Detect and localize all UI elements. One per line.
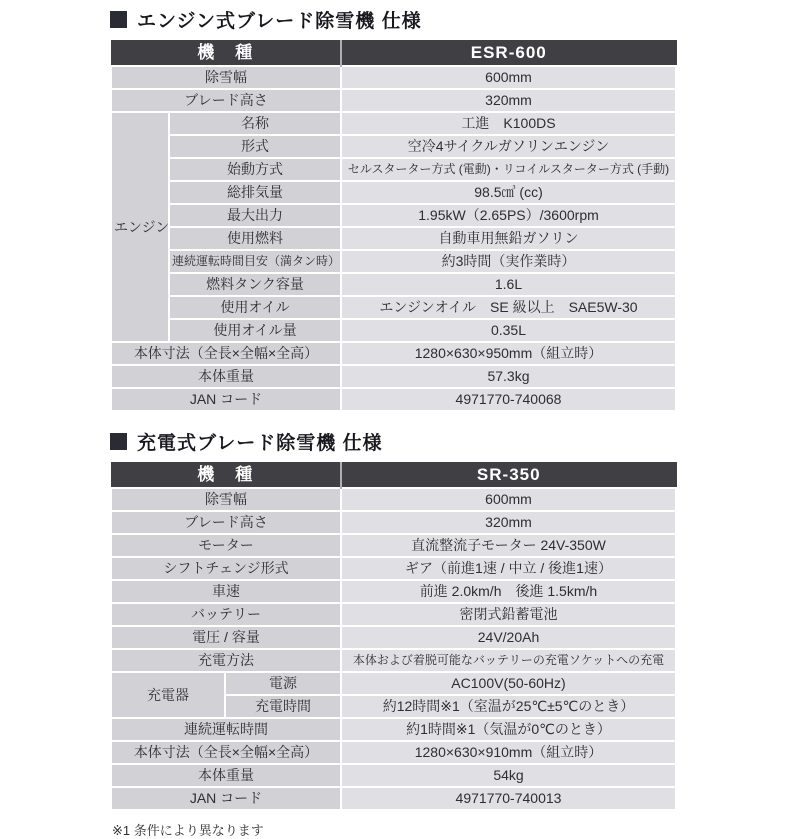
spec-row: 最大出力 1.95kW（2.65PS）/3600rpm: [111, 204, 676, 227]
row-label: 充電方法: [111, 649, 341, 672]
row-value: 約1時間※1（気温が0℃のとき）: [341, 718, 676, 741]
row-label: 名称: [169, 112, 341, 135]
row-label: 本体重量: [111, 365, 341, 388]
row-value: 98.5㎤ (cc): [341, 181, 676, 204]
row-label: 充電時間: [225, 695, 341, 718]
row-value: 24V/20Ah: [341, 626, 676, 649]
row-value: 1280×630×910mm（組立時）: [341, 741, 676, 764]
footnote-text: ※1 条件により異なります: [112, 820, 765, 839]
row-value: ギア（前進1速 / 中立 / 後進1速）: [341, 557, 676, 580]
header-model-cell: SR-350: [341, 463, 676, 489]
spec-row: 連続運転時間 約1時間※1（気温が0℃のとき）: [111, 718, 676, 741]
title-square-icon: [110, 433, 127, 450]
row-group-label: 充電器: [111, 672, 225, 718]
row-label: 除雪幅: [111, 488, 341, 511]
row-label: 形式: [169, 135, 341, 158]
table-header-row: 機 種 ESR-600: [111, 41, 676, 67]
row-value: 600mm: [341, 488, 676, 511]
row-label: 車速: [111, 580, 341, 603]
row-value: セルスターター方式 (電動)・リコイルスターター方式 (手動): [341, 158, 676, 181]
row-label: モーター: [111, 534, 341, 557]
row-value: 320mm: [341, 511, 676, 534]
row-value: 57.3kg: [341, 365, 676, 388]
row-label: 総排気量: [169, 181, 341, 204]
section-title-text: 充電式ブレード除雪機 仕様: [137, 428, 383, 455]
row-value: 1.6L: [341, 273, 676, 296]
spec-row: 除雪幅 600mm: [111, 488, 676, 511]
spec-row: バッテリー 密閉式鉛蓄電池: [111, 603, 676, 626]
spec-row: 充電器 電源 AC100V(50-60Hz): [111, 672, 676, 695]
row-value: 320mm: [341, 89, 676, 112]
header-kind-cell: 機 種: [111, 463, 341, 489]
spec-row: 使用オイル エンジンオイル SE 級以上 SAE5W-30: [111, 296, 676, 319]
spec-row: 本体寸法（全長×全幅×全高） 1280×630×910mm（組立時）: [111, 741, 676, 764]
spec-row: 除雪幅 600mm: [111, 66, 676, 89]
battery-spec-table: 機 種 SR-350 除雪幅 600mm ブレード高さ 320mm モーター 直…: [110, 462, 677, 811]
row-value: 4971770-740013: [341, 787, 676, 810]
row-label: ブレード高さ: [111, 89, 341, 112]
row-label: バッテリー: [111, 603, 341, 626]
row-label: 燃料タンク容量: [169, 273, 341, 296]
row-value: 自動車用無鉛ガソリン: [341, 227, 676, 250]
row-label: 連続運転時間: [111, 718, 341, 741]
row-value: 1280×630×950mm（組立時）: [341, 342, 676, 365]
row-value: 直流整流子モーター 24V-350W: [341, 534, 676, 557]
row-label: シフトチェンジ形式: [111, 557, 341, 580]
engine-spec-table: 機 種 ESR-600 除雪幅 600mm ブレード高さ 320mm エンジン …: [110, 40, 677, 412]
row-label: JAN コード: [111, 787, 341, 810]
section-title-text: エンジン式ブレード除雪機 仕様: [137, 6, 422, 33]
row-label: 本体寸法（全長×全幅×全高）: [111, 342, 341, 365]
row-value: 0.35L: [341, 319, 676, 342]
header-model-cell: ESR-600: [341, 41, 676, 67]
row-label: 本体重量: [111, 764, 341, 787]
row-label: 電圧 / 容量: [111, 626, 341, 649]
row-value: 約12時間※1（室温が25℃±5℃のとき）: [341, 695, 676, 718]
spec-row: 本体重量 57.3kg: [111, 365, 676, 388]
spec-row: モーター 直流整流子モーター 24V-350W: [111, 534, 676, 557]
spec-row: JAN コード 4971770-740068: [111, 388, 676, 411]
section-title-battery: 充電式ブレード除雪機 仕様: [110, 428, 765, 455]
row-value: 4971770-740068: [341, 388, 676, 411]
spec-row: 形式 空冷4サイクルガソリンエンジン: [111, 135, 676, 158]
spec-sheet-page: エンジン式ブレード除雪機 仕様 機 種 ESR-600 除雪幅 600mm ブレ…: [0, 0, 800, 800]
row-value: AC100V(50-60Hz): [341, 672, 676, 695]
spec-row: シフトチェンジ形式 ギア（前進1速 / 中立 / 後進1速）: [111, 557, 676, 580]
section-title-engine: エンジン式ブレード除雪機 仕様: [110, 6, 765, 33]
row-value: 本体および着脱可能なバッテリーの充電ソケットへの充電: [341, 649, 676, 672]
spec-row: ブレード高さ 320mm: [111, 511, 676, 534]
row-value: 600mm: [341, 66, 676, 89]
row-label: 本体寸法（全長×全幅×全高）: [111, 741, 341, 764]
spec-row: 車速 前進 2.0km/h 後進 1.5km/h: [111, 580, 676, 603]
header-kind-cell: 機 種: [111, 41, 341, 67]
row-label: JAN コード: [111, 388, 341, 411]
spec-row: 電圧 / 容量 24V/20Ah: [111, 626, 676, 649]
row-label: 最大出力: [169, 204, 341, 227]
row-value: 密閉式鉛蓄電池: [341, 603, 676, 626]
row-label: 使用燃料: [169, 227, 341, 250]
spec-row: 使用燃料 自動車用無鉛ガソリン: [111, 227, 676, 250]
spec-row: 充電方法 本体および着脱可能なバッテリーの充電ソケットへの充電: [111, 649, 676, 672]
row-value: エンジンオイル SE 級以上 SAE5W-30: [341, 296, 676, 319]
row-group-label: エンジン: [111, 112, 169, 342]
row-value: 1.95kW（2.65PS）/3600rpm: [341, 204, 676, 227]
table-header-row: 機 種 SR-350: [111, 463, 676, 489]
spec-row: 使用オイル量 0.35L: [111, 319, 676, 342]
row-label: 電源: [225, 672, 341, 695]
row-label: 使用オイル: [169, 296, 341, 319]
row-value: 54kg: [341, 764, 676, 787]
spec-row: JAN コード 4971770-740013: [111, 787, 676, 810]
row-label: 除雪幅: [111, 66, 341, 89]
spec-row: 総排気量 98.5㎤ (cc): [111, 181, 676, 204]
row-value: 約3時間（実作業時）: [341, 250, 676, 273]
title-square-icon: [110, 11, 127, 28]
spec-row: ブレード高さ 320mm: [111, 89, 676, 112]
row-label: 連続運転時間目安（満タン時）: [169, 250, 341, 273]
row-value: 工進 K100DS: [341, 112, 676, 135]
row-value: 前進 2.0km/h 後進 1.5km/h: [341, 580, 676, 603]
row-label: 使用オイル量: [169, 319, 341, 342]
spec-row: 燃料タンク容量 1.6L: [111, 273, 676, 296]
spec-row: エンジン 名称 工進 K100DS: [111, 112, 676, 135]
row-label: 始動方式: [169, 158, 341, 181]
spec-row: 本体重量 54kg: [111, 764, 676, 787]
spec-row: 連続運転時間目安（満タン時） 約3時間（実作業時）: [111, 250, 676, 273]
spec-row: 始動方式 セルスターター方式 (電動)・リコイルスターター方式 (手動): [111, 158, 676, 181]
row-label: ブレード高さ: [111, 511, 341, 534]
spec-row: 本体寸法（全長×全幅×全高） 1280×630×950mm（組立時）: [111, 342, 676, 365]
row-value: 空冷4サイクルガソリンエンジン: [341, 135, 676, 158]
